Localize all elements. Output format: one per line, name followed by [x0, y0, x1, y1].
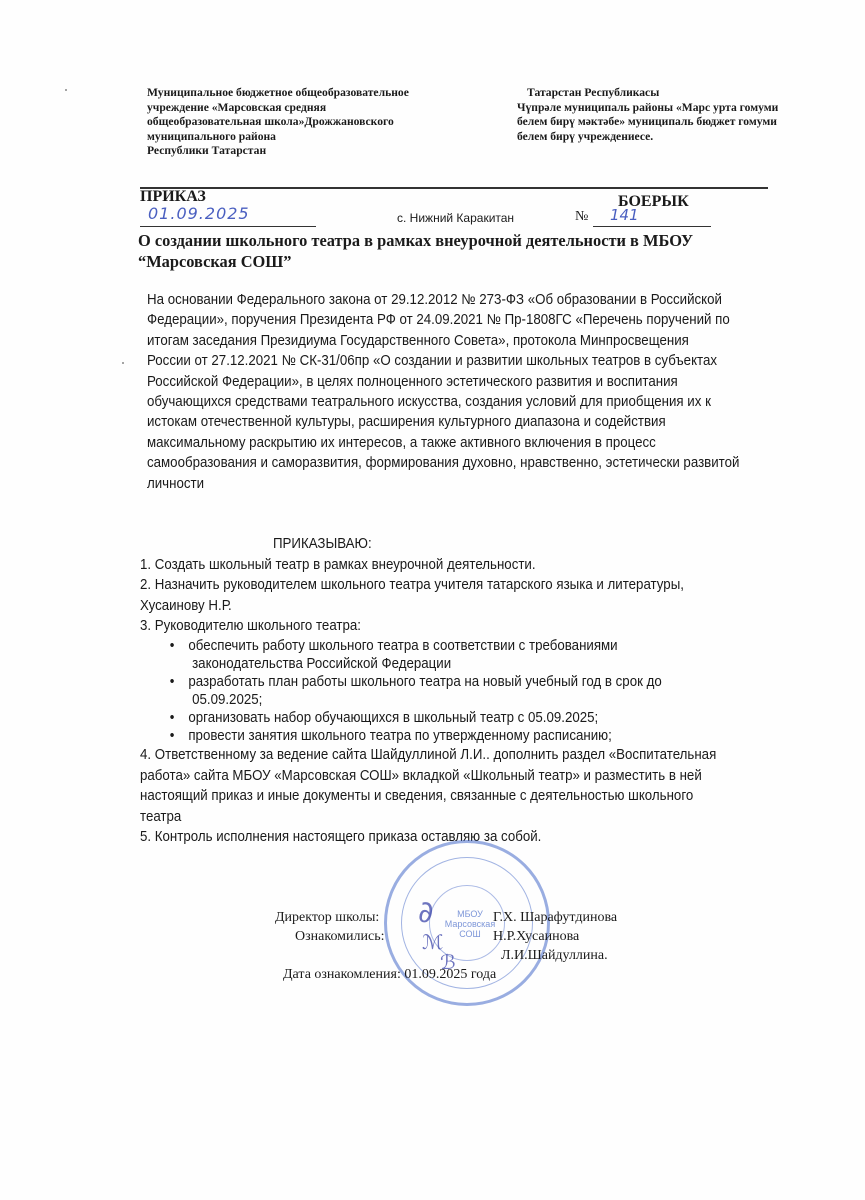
title-line: “Марсовская СОШ” [138, 251, 778, 272]
order-item-2-cont: Хусаинову Н.Р. [140, 596, 791, 617]
header-line: учреждение «Марсовская средняя [147, 101, 477, 116]
acquainted-row: Ознакомились: Н.Р.Хусаинова [275, 927, 675, 946]
header-divider [140, 187, 768, 189]
acquainted-name: Н.Р.Хусаинова [493, 927, 579, 946]
order-item-2: 2. Назначить руководителем школьного теа… [140, 575, 791, 596]
list-item-text: обеспечить работу школьного театра в соо… [188, 637, 791, 655]
header-left-ru: Муниципальное бюджетное общеобразователь… [147, 86, 477, 159]
acquainted-label: Ознакомились: [295, 927, 385, 946]
list-item-text: законодательства Российской Федерации [188, 655, 791, 673]
preamble-line: России от 27.12.2021 № СК-31/06пр «О соз… [147, 351, 779, 371]
acquaintance-date: Дата ознакомления: 01.09.2025 года [283, 965, 496, 984]
director-label: Директор школы: [275, 908, 379, 927]
preamble-line: Российской Федерации», в целях полноценн… [147, 372, 779, 392]
header-line: Татарстан Республикасы [517, 86, 837, 101]
bullet-icon: • [170, 673, 175, 691]
bullet-icon: • [170, 709, 175, 727]
order-item-4-cont: работа» сайта МБОУ «Марсовская СОШ» вкла… [140, 766, 791, 787]
director-row: Директор школы: Г.Х. Шарафутдинова [275, 908, 675, 927]
order-date-handwritten: 01.09.2025 [148, 204, 250, 223]
list-item-text: 05.09.2025; [188, 691, 791, 709]
preamble-line: На основании Федерального закона от 29.1… [147, 290, 779, 310]
date-row: Дата ознакомления: 01.09.2025 года [275, 965, 675, 984]
list-item: • разработать план работы школьного теат… [170, 673, 791, 709]
list-item: • организовать набор обучающихся в школь… [170, 709, 791, 727]
acquainted-row: Л.И.Шайдуллина. [275, 946, 675, 965]
signature-director: ∂ [418, 895, 434, 930]
bullet-icon: • [170, 727, 175, 745]
signature-shaidullina: ℬ [440, 950, 456, 974]
header-line: Республики Татарстан [147, 144, 477, 159]
list-item-text: организовать набор обучающихся в школьны… [188, 709, 791, 727]
order-item-4: 4. Ответственному за ведение сайта Шайду… [140, 745, 791, 766]
list-item: • провести занятия школьного театра по у… [170, 727, 791, 745]
header-line: Муниципальное бюджетное общеобразователь… [147, 86, 477, 101]
document-title: О создании школьного театра в рамках вне… [138, 230, 778, 272]
preamble-line: Федерации», поручения Президента РФ от 2… [147, 310, 779, 330]
preamble-line: истокам отечественной культуры, расширен… [147, 412, 779, 432]
list-item: • обеспечить работу школьного театра в с… [170, 637, 791, 673]
order-item-1: 1. Создать школьный театр в рамках внеур… [140, 555, 791, 576]
order-place: с. Нижний Каракитан [397, 211, 514, 225]
order-item-4-cont: театра [140, 807, 791, 828]
order-number-label: № [575, 209, 588, 225]
header-line: общеобразовательная школа»Дрожжановского [147, 115, 477, 130]
header-right-tt: Татарстан Республикасы Чүпрәле муниципал… [517, 86, 837, 144]
director-name: Г.Х. Шарафутдинова [493, 908, 617, 927]
header-line: белем бирү мәктәбе» муниципаль бюджет го… [517, 115, 837, 130]
document-page: Муниципальное бюджетное общеобразователь… [0, 0, 865, 1200]
title-line: О создании школьного театра в рамках вне… [138, 230, 778, 251]
order-item-4-cont: настоящий приказ и иные документы и свед… [140, 786, 791, 807]
scan-speck [65, 89, 67, 91]
list-item-text: провести занятия школьного театра по утв… [188, 727, 791, 745]
list-item-text: разработать план работы школьного театра… [188, 673, 791, 691]
header-line: Чүпрәле муниципаль районы «Марс урта гом… [517, 101, 837, 116]
acquainted-name: Л.И.Шайдуллина. [501, 946, 608, 965]
preamble-line: максимальному раскрытию их интересов, а … [147, 433, 779, 453]
signatures-block: Директор школы: Г.Х. Шарафутдинова Ознак… [275, 908, 675, 984]
preamble-line: обучающихся средствами театрального иску… [147, 392, 779, 412]
orders-section: ПРИКАЗЫВАЮ: 1. Создать школьный театр в … [140, 534, 791, 848]
preamble-line: самообразования и саморазвития, формиров… [147, 453, 779, 473]
preamble: На основании Федерального закона от 29.1… [147, 290, 779, 494]
orders-heading: ПРИКАЗЫВАЮ: [140, 534, 791, 555]
order-number-handwritten: 141 [610, 206, 639, 224]
preamble-line: итогам заседания Президиума Государствен… [147, 331, 779, 351]
header-line: муниципального района [147, 130, 477, 145]
order-item-3-list: • обеспечить работу школьного театра в с… [140, 637, 791, 745]
preamble-line: личности [147, 474, 779, 494]
order-item-3: 3. Руководителю школьного театра: [140, 616, 791, 637]
header-line: белем бирү учреждениесе. [517, 130, 837, 145]
scan-speck [122, 362, 124, 364]
bullet-icon: • [170, 637, 175, 655]
